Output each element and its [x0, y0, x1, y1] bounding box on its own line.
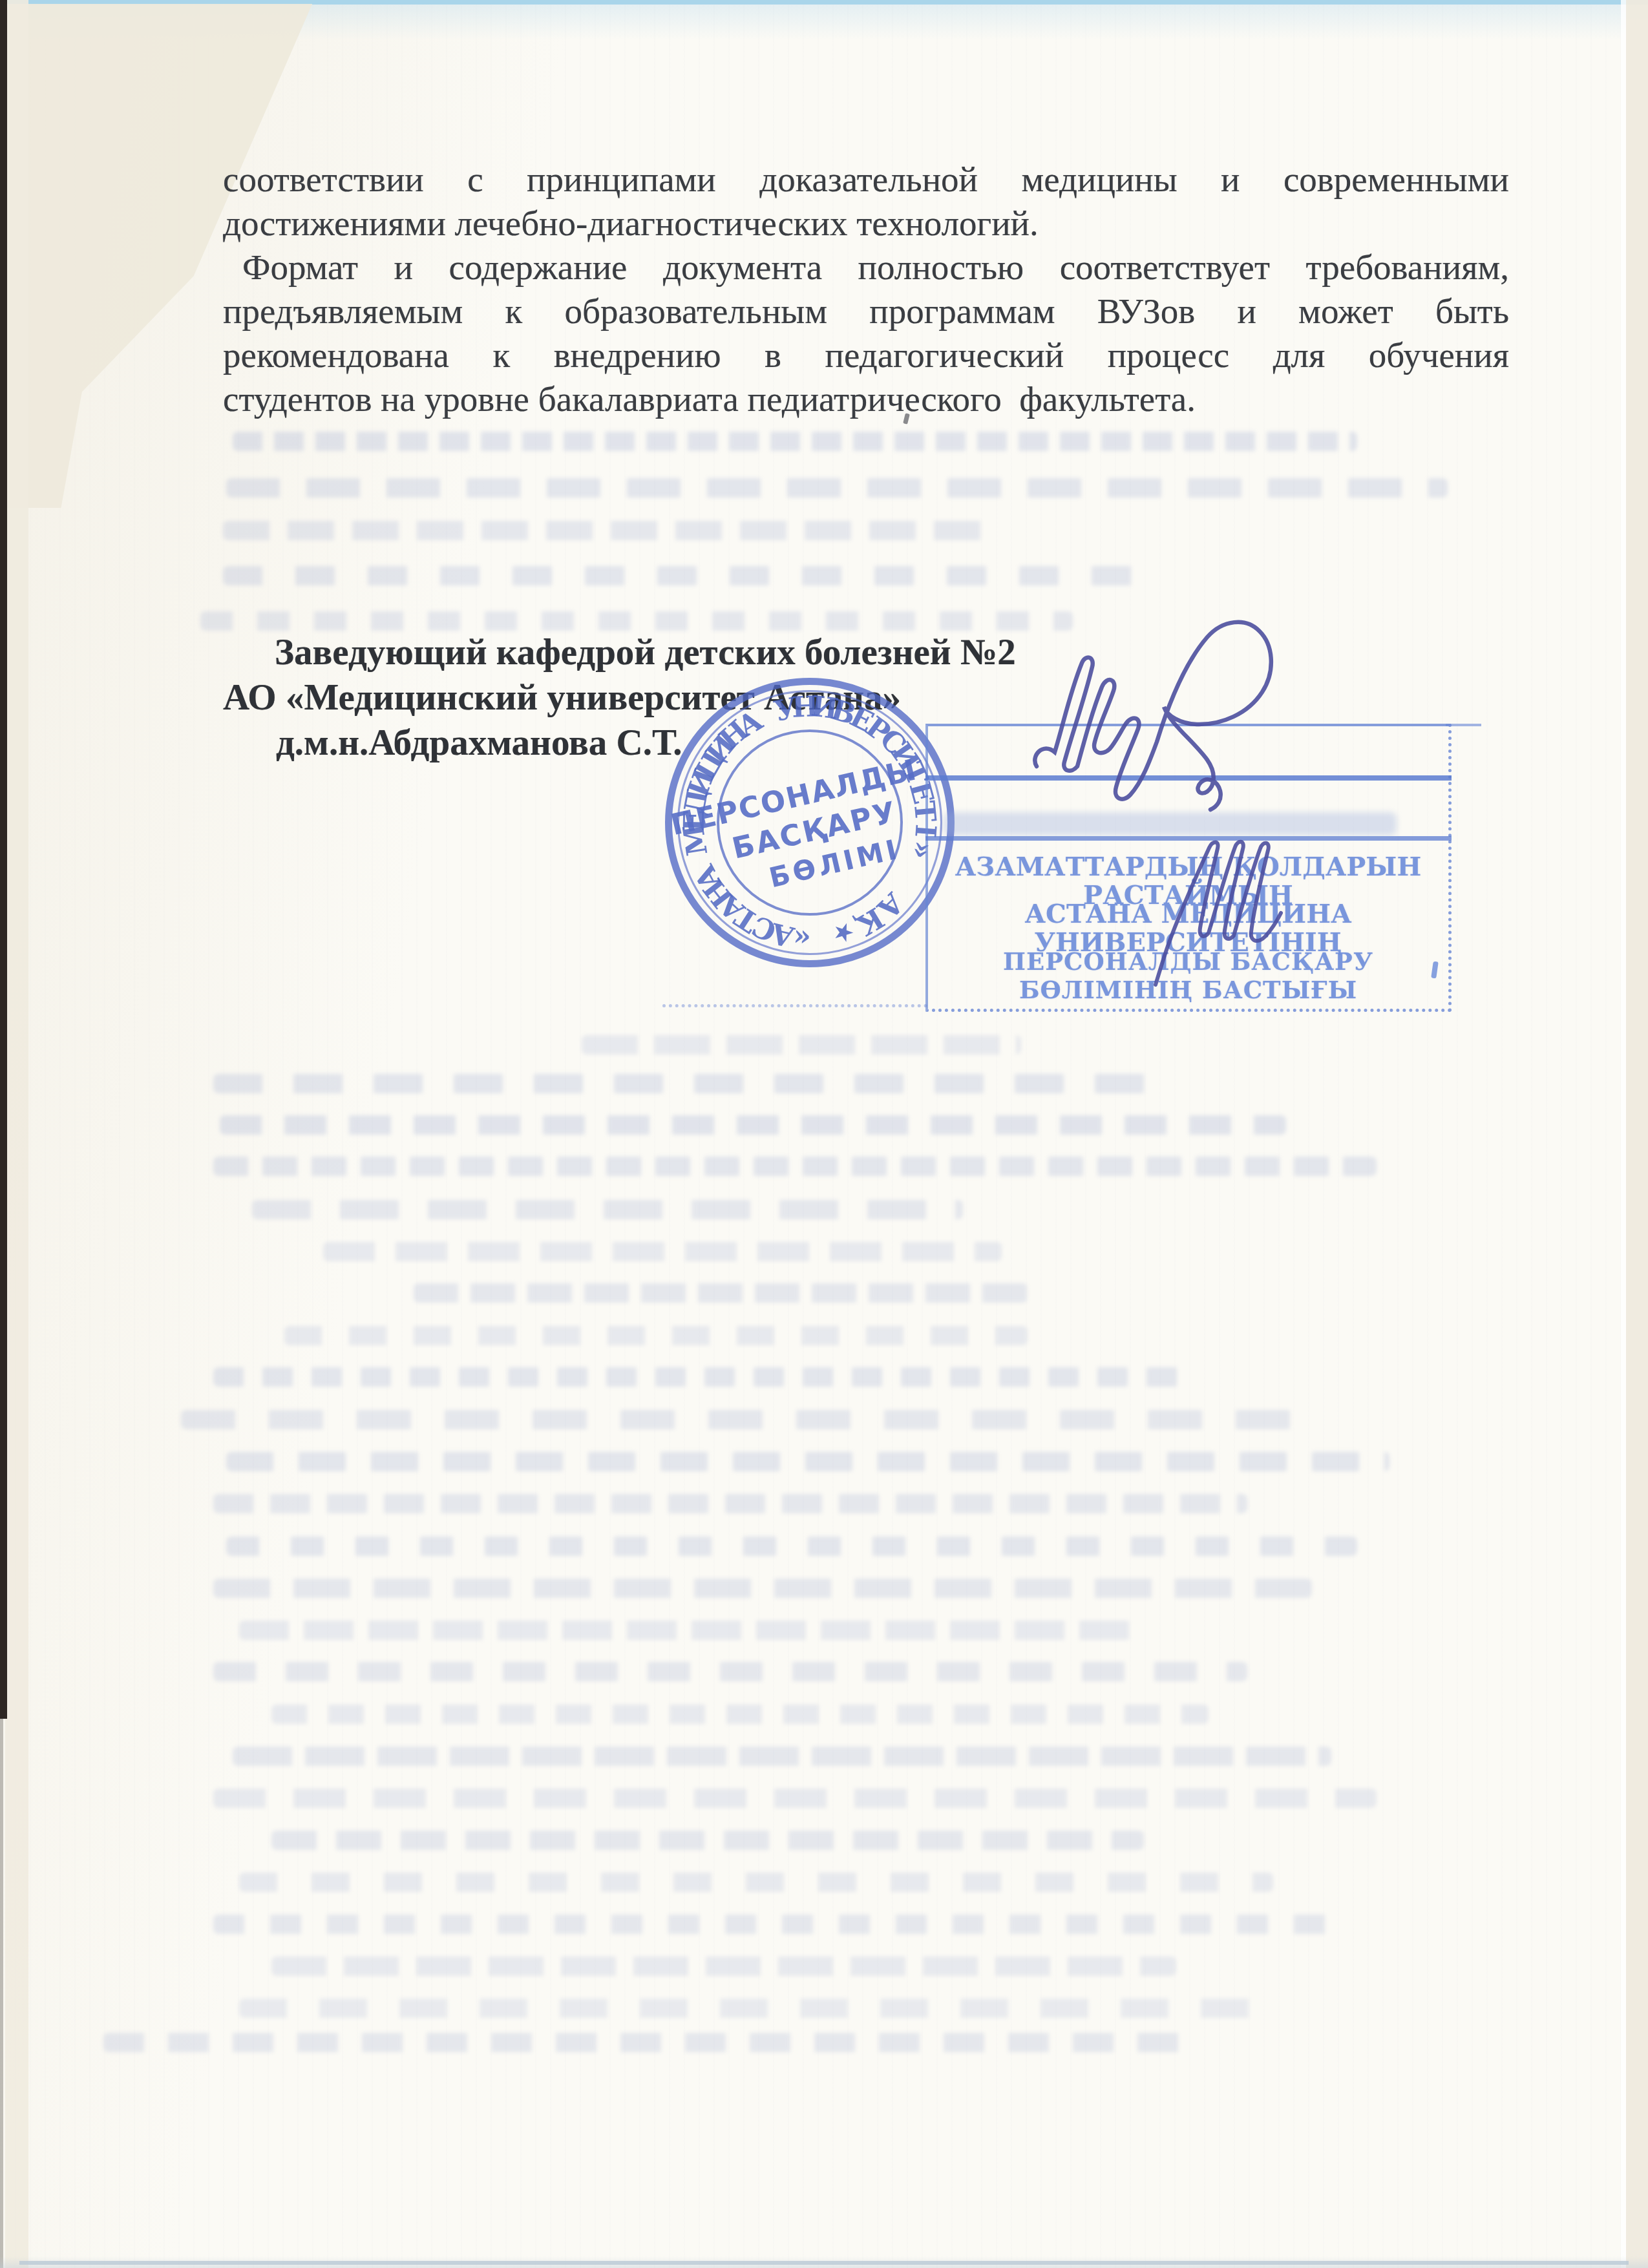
rect-stamp-rule-1: [925, 775, 1452, 781]
body-line: студентов на уровне бакалавриата педиатр…: [223, 377, 1509, 421]
bleed-through-row: [103, 2033, 1202, 2052]
bleed-through-row: [226, 478, 1448, 498]
rect-stamp-bottom-overshoot: [662, 1004, 927, 1011]
scan-right-gap: [1621, 0, 1626, 2268]
body-line: соответствии с принципами доказательной …: [223, 158, 1509, 202]
bleed-through-row: [239, 1999, 1273, 2018]
bleed-through-row: [213, 1494, 1247, 1513]
round-stamp-arc-char: А: [709, 884, 755, 930]
bleed-through-row: [252, 1200, 963, 1219]
bleed-through-row: [213, 1789, 1377, 1808]
round-stamp-arc-char: Е: [900, 773, 942, 812]
bleed-through-row: [213, 1074, 1150, 1093]
bleed-through-row: [233, 432, 1357, 451]
signer-position: Заведующий кафедрой детских болезней №2: [223, 630, 1257, 675]
scan-right-margin: [1626, 0, 1648, 2268]
rect-stamp-row: АСТАНА МЕДИЦИНА УНИВЕРСИТЕТІНІҢ: [928, 900, 1448, 929]
round-stamp-arc-char: А: [686, 855, 731, 899]
bleed-through-row: [213, 1579, 1312, 1598]
round-stamp-arc-char: І: [906, 814, 943, 848]
bleed-through-row: [239, 1873, 1273, 1892]
rect-stamp-row: ПЕРСОНАЛДЫ БАСҚАРУ БӨЛІМІНІҢ БАСТЫҒЫ: [928, 947, 1448, 976]
bleed-through-row: [220, 1115, 1286, 1135]
bleed-through-row: [414, 1283, 1028, 1303]
bleed-through-row: [271, 1831, 1144, 1850]
bleed-through-row: [181, 1410, 1293, 1429]
bleed-through-row: [233, 1747, 1331, 1766]
scan-left-dark-edge: [0, 0, 7, 1719]
scan-bottom-edge: [19, 2261, 1629, 2265]
scan-left-dark-edge-lower: [0, 1719, 3, 2268]
body-line: предъявляемым к образовательным программ…: [223, 289, 1509, 333]
scanned-document-page: соответствии с принципами доказательной …: [0, 0, 1648, 2268]
round-stamp-arc-char: Т: [724, 896, 770, 942]
bleed-through-row: [223, 521, 998, 540]
round-stamp-arc-char: М: [677, 822, 716, 858]
bleed-through-row: [213, 1157, 1377, 1176]
bleed-through-row: [213, 1915, 1344, 1934]
body-line: достижениями лечебно-диагностических тех…: [223, 202, 1509, 246]
bleed-through-row: [223, 566, 1141, 585]
signer-organization: АО «Медицинский университет Астана»: [223, 675, 1257, 720]
body-line: рекомендована к внедрению в педагогическ…: [223, 333, 1509, 377]
ink-speck: [1431, 961, 1439, 979]
bleed-through-row: [271, 1705, 1209, 1724]
scan-top-edge: [0, 0, 1648, 5]
signer-name: д.м.н.Абдрахманова С.Т.: [223, 720, 1257, 766]
round-stamp-arc-char: А: [867, 882, 913, 929]
body-line: Формат и содержание документа полностью …: [223, 246, 1509, 289]
round-stamp-arc-char: Д: [677, 783, 717, 820]
round-stamp-arc-char: Т: [905, 795, 943, 829]
round-stamp-arc-char: Н: [695, 870, 742, 916]
round-stamp-arc-char: Қ: [847, 898, 891, 944]
bleed-through-row: [200, 611, 1073, 631]
rect-stamp-row: АЗАМАТТАРДЫҢ ҚОЛДАРЫН РАСТАЙМЫН: [928, 853, 1448, 881]
bleed-through-row: [226, 1452, 1389, 1471]
bleed-through-row: [239, 1621, 1131, 1640]
scan-left-margin: [5, 0, 28, 2268]
round-stamp-arc-char: И: [680, 762, 723, 804]
bleed-through-row: [271, 1957, 1176, 1976]
rect-stamp-faded-text: [944, 812, 1397, 835]
bleed-through-row: [323, 1242, 1002, 1261]
bleed-through-row: [582, 1035, 1021, 1055]
round-stamp-arc-char: С: [743, 906, 785, 950]
round-stamp-center-line: БАСҚАРУ: [660, 777, 971, 883]
body-text: соответствии с принципами доказательной …: [223, 158, 1509, 421]
round-stamp-center-line: БӨЛІМІ: [679, 810, 990, 916]
round-stamp-arc-char: »: [901, 831, 942, 870]
signature-block: Заведующий кафедрой детских болезней №2 …: [223, 630, 1257, 766]
rect-stamp-top-overshoot: [1446, 724, 1481, 726]
round-stamp-arc-char: Е: [677, 805, 713, 837]
bleed-through-row: [284, 1326, 1028, 1345]
bleed-through-row: [213, 1662, 1247, 1681]
bleed-through-row: [213, 1367, 1183, 1387]
round-stamp-arc-char: «: [785, 919, 819, 956]
round-stamp-star-icon: ★: [824, 912, 863, 952]
bleed-through-row: [226, 1537, 1357, 1556]
rect-stamp: АЗАМАТТАРДЫҢ ҚОЛДАРЫН РАСТАЙМЫН АСТАНА М…: [925, 724, 1452, 1012]
round-stamp-arc-char: А: [763, 914, 801, 955]
rect-stamp-rule-2: [925, 836, 1452, 841]
handwritten-signature-2: [1156, 842, 1281, 985]
round-stamp-center-text: ПЕРСОНАЛДЫ БАСҚАРУ БӨЛІМІ: [646, 742, 973, 920]
